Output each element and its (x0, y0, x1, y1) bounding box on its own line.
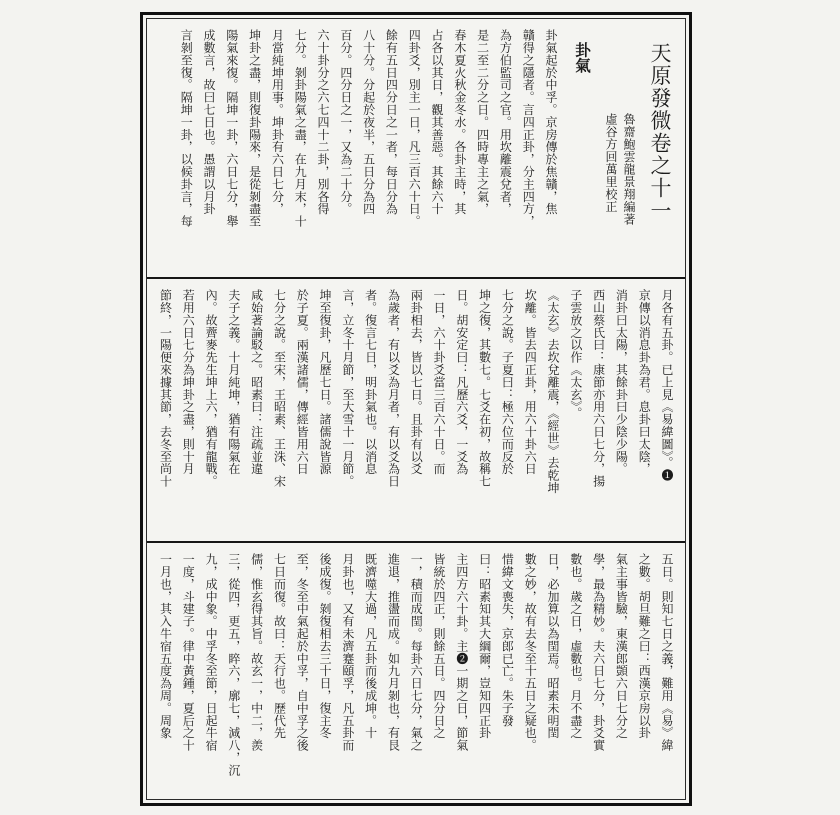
text-column: 六十卦分之六七四十二卦，別各得 (311, 29, 334, 267)
text-column: 為歲者，有以爻為月者，有以爻為日 (382, 289, 405, 531)
text-column: 進退，推盪而成。如九月剝也，有艮 (382, 553, 405, 789)
text-column: 之數。胡旦難之曰：西漢京房以卦 (632, 553, 655, 789)
text-column: 日。胡安定曰：凡歷六爻，一爻為 (450, 289, 473, 531)
text-column: 消卦曰太陽，其餘卦曰少陰少陽。 (610, 289, 633, 531)
text-column: 至，冬至中氣起於中孚，自中孚之後 (290, 553, 313, 789)
volume-title: 天原發微卷之十一 (642, 29, 678, 267)
text-column: 坤至復卦，凡歷七日。諸儒說皆源 (313, 289, 336, 531)
band-top: 天原發微卷之十一 魯齋鮑雲龍景翔編著 虛谷方回萬里校正 卦氣 卦氣起於中孚。京房… (147, 19, 685, 277)
text-column: 七分之說。子夏曰：極六位而反於 (496, 289, 519, 531)
text-column: 夫子之義。十月純坤，猶有陽氣在 (222, 289, 245, 531)
text-column: 七分。剝卦陽氣之盡，在九月末，十 (288, 29, 311, 267)
text-column: 若用六日七分為坤卦之盡，則十月 (176, 289, 199, 531)
text-column: 數也。歲之日，虛數也。月不盡之 (564, 553, 587, 789)
text-column: 一，積而成閏。每卦六日七分，氣之 (404, 553, 427, 789)
text-column: 春木夏火秋金冬水。各卦主時，其 (448, 29, 471, 267)
text-column: 九，成中象。中孚冬至節，日起牛宿 (199, 553, 222, 789)
text-column: 西山蔡氏曰：康節亦用六日七分，揚 (587, 289, 610, 531)
text-column: 坤卦之盡，則復卦陽來，是從剝盡至 (243, 29, 266, 267)
text-column: 子雲放之以作《太玄》。 (564, 289, 587, 531)
text-column: 曰：昭素知其大綱爾，豈知四正卦 (473, 553, 496, 789)
text-column: 五日。則知七日之義，難用《易》緯 (655, 553, 678, 789)
text-column: 贛得之隱者。言四正卦，分主四方， (516, 29, 539, 267)
author-collator-column: 虛谷方回萬里校正 (602, 29, 620, 267)
text-column: 內。故薺麥先生坤上六，猶有龍戰。 (199, 289, 222, 531)
band-bottom: 五日。則知七日之義，難用《易》緯之數。胡旦難之曰：西漢京房以卦氣主事皆驗，東漢郎… (147, 543, 685, 799)
text-column: 七日而復。故曰：天行也。歷代先 (268, 553, 291, 789)
text-column: 節終，一陽便來據其節，去冬至尚十 (154, 289, 177, 531)
text-column: 月卦也，又有未濟蹇頤孚，凡五卦而 (336, 553, 359, 789)
text-column: 言剝至復。隔坤一卦，以候卦言，每 (174, 29, 197, 267)
text-column: 四卦爻，別主一日，凡三百六十日。 (402, 29, 425, 267)
text-column: 坎離。皆去四正卦，用六十卦六日 (518, 289, 541, 531)
text-column: 惜緯文喪失，京郎已亡。朱子發 (496, 553, 519, 789)
text-column: 者。復言七日，明卦氣也。以消息 (359, 289, 382, 531)
text-column: 七分之說。至宋，王昭素、王洙、宋 (268, 289, 291, 531)
text-column: 是二至二分之日。四時專主之氣， (471, 29, 494, 267)
text-column: 皆統於四正，則餘五日。四分日之 (427, 553, 450, 789)
text-column: 百分。四分日之一，又為二十分。 (334, 29, 357, 267)
text-column: 兩卦相去，皆以七日。且卦有以爻 (404, 289, 427, 531)
text-column: 《太玄》去坎兌離震，《經世》去乾坤 (541, 289, 564, 531)
text-column: 月當純坤用事。坤卦有六日七分， (266, 29, 289, 267)
text-column: 八十分。分起於夜半，五日分為四 (357, 29, 380, 267)
text-column: 占各以其日，觀其善惡。其餘六十 (425, 29, 448, 267)
author-editor-column: 魯齋鮑雲龍景翔編著 (620, 29, 638, 267)
text-column: 卦氣起於中孚。京房傳於焦贛，焦 (539, 29, 562, 267)
text-column: 學，最為精妙。夫六日七分，卦爻實 (587, 553, 610, 789)
text-column: 月各有五卦。已上見《易緯圖》。❶ (655, 289, 678, 531)
text-column: 成數言，故曰七日也。愚謂以月卦 (197, 29, 220, 267)
text-column: 餘有五日四分日之一者，每日分為 (380, 29, 403, 267)
band-middle: 月各有五卦。已上見《易緯圖》。❶京傳以消息卦為君。息卦曰太陰，消卦曰太陽，其餘卦… (147, 277, 685, 543)
text-column: 京傳以消息卦為君。息卦曰太陰， (632, 289, 655, 531)
text-column: 數之妙，故有去冬至十五日之疑也。 (518, 553, 541, 789)
text-column: 坤之復，其數七。七爻在初，故稱七 (473, 289, 496, 531)
text-column: 一度，斗建子。律中黃鍾，夏后之十 (176, 553, 199, 789)
text-column: 為方伯監司之官。用坎離震兌者， (494, 29, 517, 267)
text-column: 於子夏。兩漢諸儒，傳經皆用六日 (290, 289, 313, 531)
text-column: 言，立冬十月節，至大雪十一月節。 (336, 289, 359, 531)
text-column: 一月也，其入牛宿五度為周。周象 (154, 553, 177, 789)
text-column: 咸始著論駁之。昭素曰：注疏並違 (245, 289, 268, 531)
text-column: 儒，惟玄得其旨。故玄一，中二，羨 (245, 553, 268, 789)
page-frame: 天原發微卷之十一 魯齋鮑雲龍景翔編著 虛谷方回萬里校正 卦氣 卦氣起於中孚。京房… (140, 12, 692, 806)
text-column: 氣主事皆驗，東漢郎顗六日七分之 (610, 553, 633, 789)
text-column: 一日，六十卦爻當三百六十日。而 (427, 289, 450, 531)
inner-frame: 天原發微卷之十一 魯齋鮑雲龍景翔編著 虛谷方回萬里校正 卦氣 卦氣起於中孚。京房… (146, 18, 686, 800)
text-column: 陽氣來復。隔坤一卦，六日七分，舉 (220, 29, 243, 267)
text-column: 三，從四，更五，睟六，廓七，減八，沉 (222, 553, 245, 789)
text-column: 後成復。剝復相去三十日，復主冬 (313, 553, 336, 789)
text-column: 主四方六十卦。主❷一期之日，節氣 (450, 553, 473, 789)
text-column: 日，必加算以為閏焉。昭素未明閏 (541, 553, 564, 789)
text-column: 既濟噬大過，凡五卦而後成坤。十 (359, 553, 382, 789)
section-heading: 卦氣 (568, 29, 594, 267)
